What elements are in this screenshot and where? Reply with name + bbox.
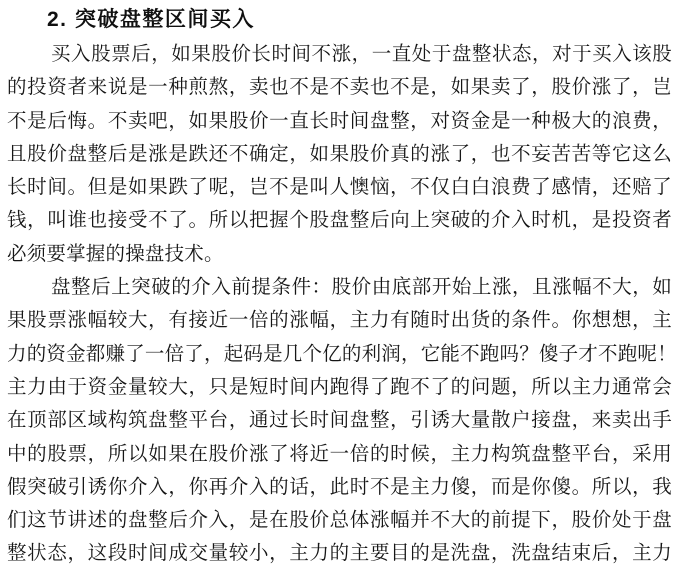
text-line: 不是后悔。不卖吧，如果股价一直长时间盘整，对资金是一种极大的浪费， xyxy=(7,105,672,138)
text-line: 主力由于资金量较大，只是短时间内跑得了跑不了的问题，所以主力通常会 xyxy=(7,371,672,404)
text-line: 必须要掌握的操盘技术。 xyxy=(7,238,672,271)
text-line: 钱，叫谁也接受不了。所以把握个股盘整后向上突破的介入时机，是投资者 xyxy=(7,204,672,237)
text-line: 果股票涨幅较大，有接近一倍的涨幅，主力有随时出货的条件。你想想，主 xyxy=(7,304,672,337)
text-line: 们这节讲述的盘整后介入，是在股价总体涨幅并不大的前提下，股价处于盘 xyxy=(7,504,672,537)
text-line: 在顶部区域构筑盘整平台，通过长时间盘整，引诱大量散户接盘，来卖出手 xyxy=(7,404,672,437)
text-line: 且股价盘整后是涨是跌还不确定，如果股价真的涨了，也不妄苦苦等它这么 xyxy=(7,138,672,171)
text-line: 假突破引诱你介入，你再介入的话，此时不是主力傻，而是你傻。所以，我 xyxy=(7,471,672,504)
section-heading: 2. 突破盘整区间买入 xyxy=(47,6,255,34)
document-page: 2. 突破盘整区间买入 买入股票后，如果股价长时间不涨，一直处于盘整状态，对于买… xyxy=(0,0,679,567)
text-line: 中的股票，所以如果在股价涨了将近一倍的时候，主力构筑盘整平台，采用 xyxy=(7,438,672,471)
text-line: 的投资者来说是一种煎熬，卖也不是不卖也不是，如果卖了，股价涨了，岂 xyxy=(7,71,672,104)
body-text: 买入股票后，如果股价长时间不涨，一直处于盘整状态，对于买入该股 的投资者来说是一… xyxy=(7,38,672,567)
text-line: 整状态，这段时间成交量较小，主力的主要目的是洗盘，洗盘结束后，主力 xyxy=(7,537,672,567)
text-line: 盘整后上突破的介入前提条件：股价由底部开始上涨，且涨幅不大，如 xyxy=(7,271,672,304)
text-line: 长时间。但是如果跌了呢，岂不是叫人懊恼，不仅白白浪费了感情，还赔了 xyxy=(7,171,672,204)
text-line: 力的资金都赚了一倍了，起码是几个亿的利润，它能不跑吗？傻子才不跑呢！ xyxy=(7,338,672,371)
text-line: 买入股票后，如果股价长时间不涨，一直处于盘整状态，对于买入该股 xyxy=(7,38,672,71)
